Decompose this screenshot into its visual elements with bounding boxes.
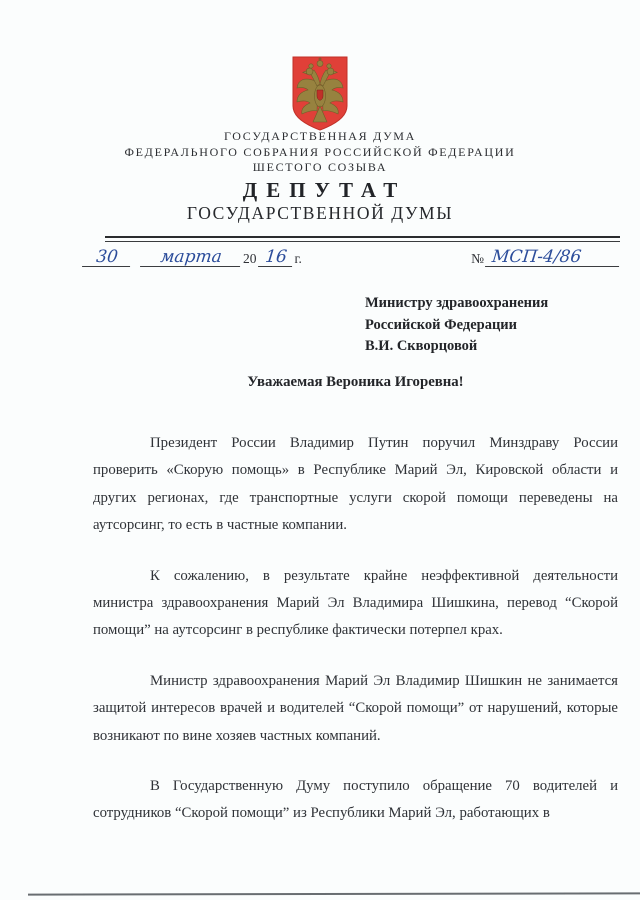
body-paragraph: К сожалению, в результате крайне неэффек… xyxy=(93,563,618,645)
body-paragraph: Президент России Владимир Путин поручил … xyxy=(93,430,618,540)
addressee-line: Министру здравоохранения xyxy=(365,293,548,315)
coat-of-arms xyxy=(290,56,350,137)
salutation: Уважаемая Вероника Игоревна! xyxy=(93,374,618,391)
handwritten-year: 16 xyxy=(258,248,294,267)
org-line-1: ГОСУДАРСТВЕННАЯ ДУМА xyxy=(0,129,640,145)
date-group: 30 марта 2016г. xyxy=(83,248,304,267)
year-prefix: 20 xyxy=(241,251,259,267)
body-paragraph: В Государственную Думу поступило обращен… xyxy=(93,773,618,828)
number-group: №МСП-4/86 xyxy=(469,248,620,267)
body-paragraph: Министр здравоохранения Марий Эл Владими… xyxy=(93,668,618,750)
deputy-subtitle: ГОСУДАРСТВЕННОЙ ДУМЫ xyxy=(0,203,640,224)
year-unit: г. xyxy=(293,251,304,267)
org-line-3: ШЕСТОГО СОЗЫВА xyxy=(0,160,640,176)
addressee-line: В.И. Скворцовой xyxy=(365,336,548,358)
handwritten-number: МСП-4/86 xyxy=(485,248,621,267)
letterhead-double-rule xyxy=(105,236,620,242)
letter-page: ГОСУДАРСТВЕННАЯ ДУМА ФЕДЕРАЛЬНОГО СОБРАН… xyxy=(0,0,640,900)
letter-body: Президент России Владимир Путин поручил … xyxy=(93,430,618,851)
scan-page-edge xyxy=(28,892,640,895)
letterhead-org-block: ГОСУДАРСТВЕННАЯ ДУМА ФЕДЕРАЛЬНОГО СОБРАН… xyxy=(0,129,640,176)
handwritten-day: 30 xyxy=(82,248,132,267)
number-label: № xyxy=(469,251,486,267)
org-line-2: ФЕДЕРАЛЬНОГО СОБРАНИЯ РОССИЙСКОЙ ФЕДЕРАЦ… xyxy=(0,145,640,161)
addressee-line: Российской Федерации xyxy=(365,315,548,337)
date-number-line: 30 марта 2016г. №МСП-4/86 xyxy=(83,248,620,267)
deputy-title: ДЕПУТАТ xyxy=(0,178,640,203)
addressee-block: Министру здравоохранения Российской Феде… xyxy=(365,293,548,358)
double-headed-eagle-icon xyxy=(290,56,350,132)
handwritten-month: марта xyxy=(140,248,242,267)
